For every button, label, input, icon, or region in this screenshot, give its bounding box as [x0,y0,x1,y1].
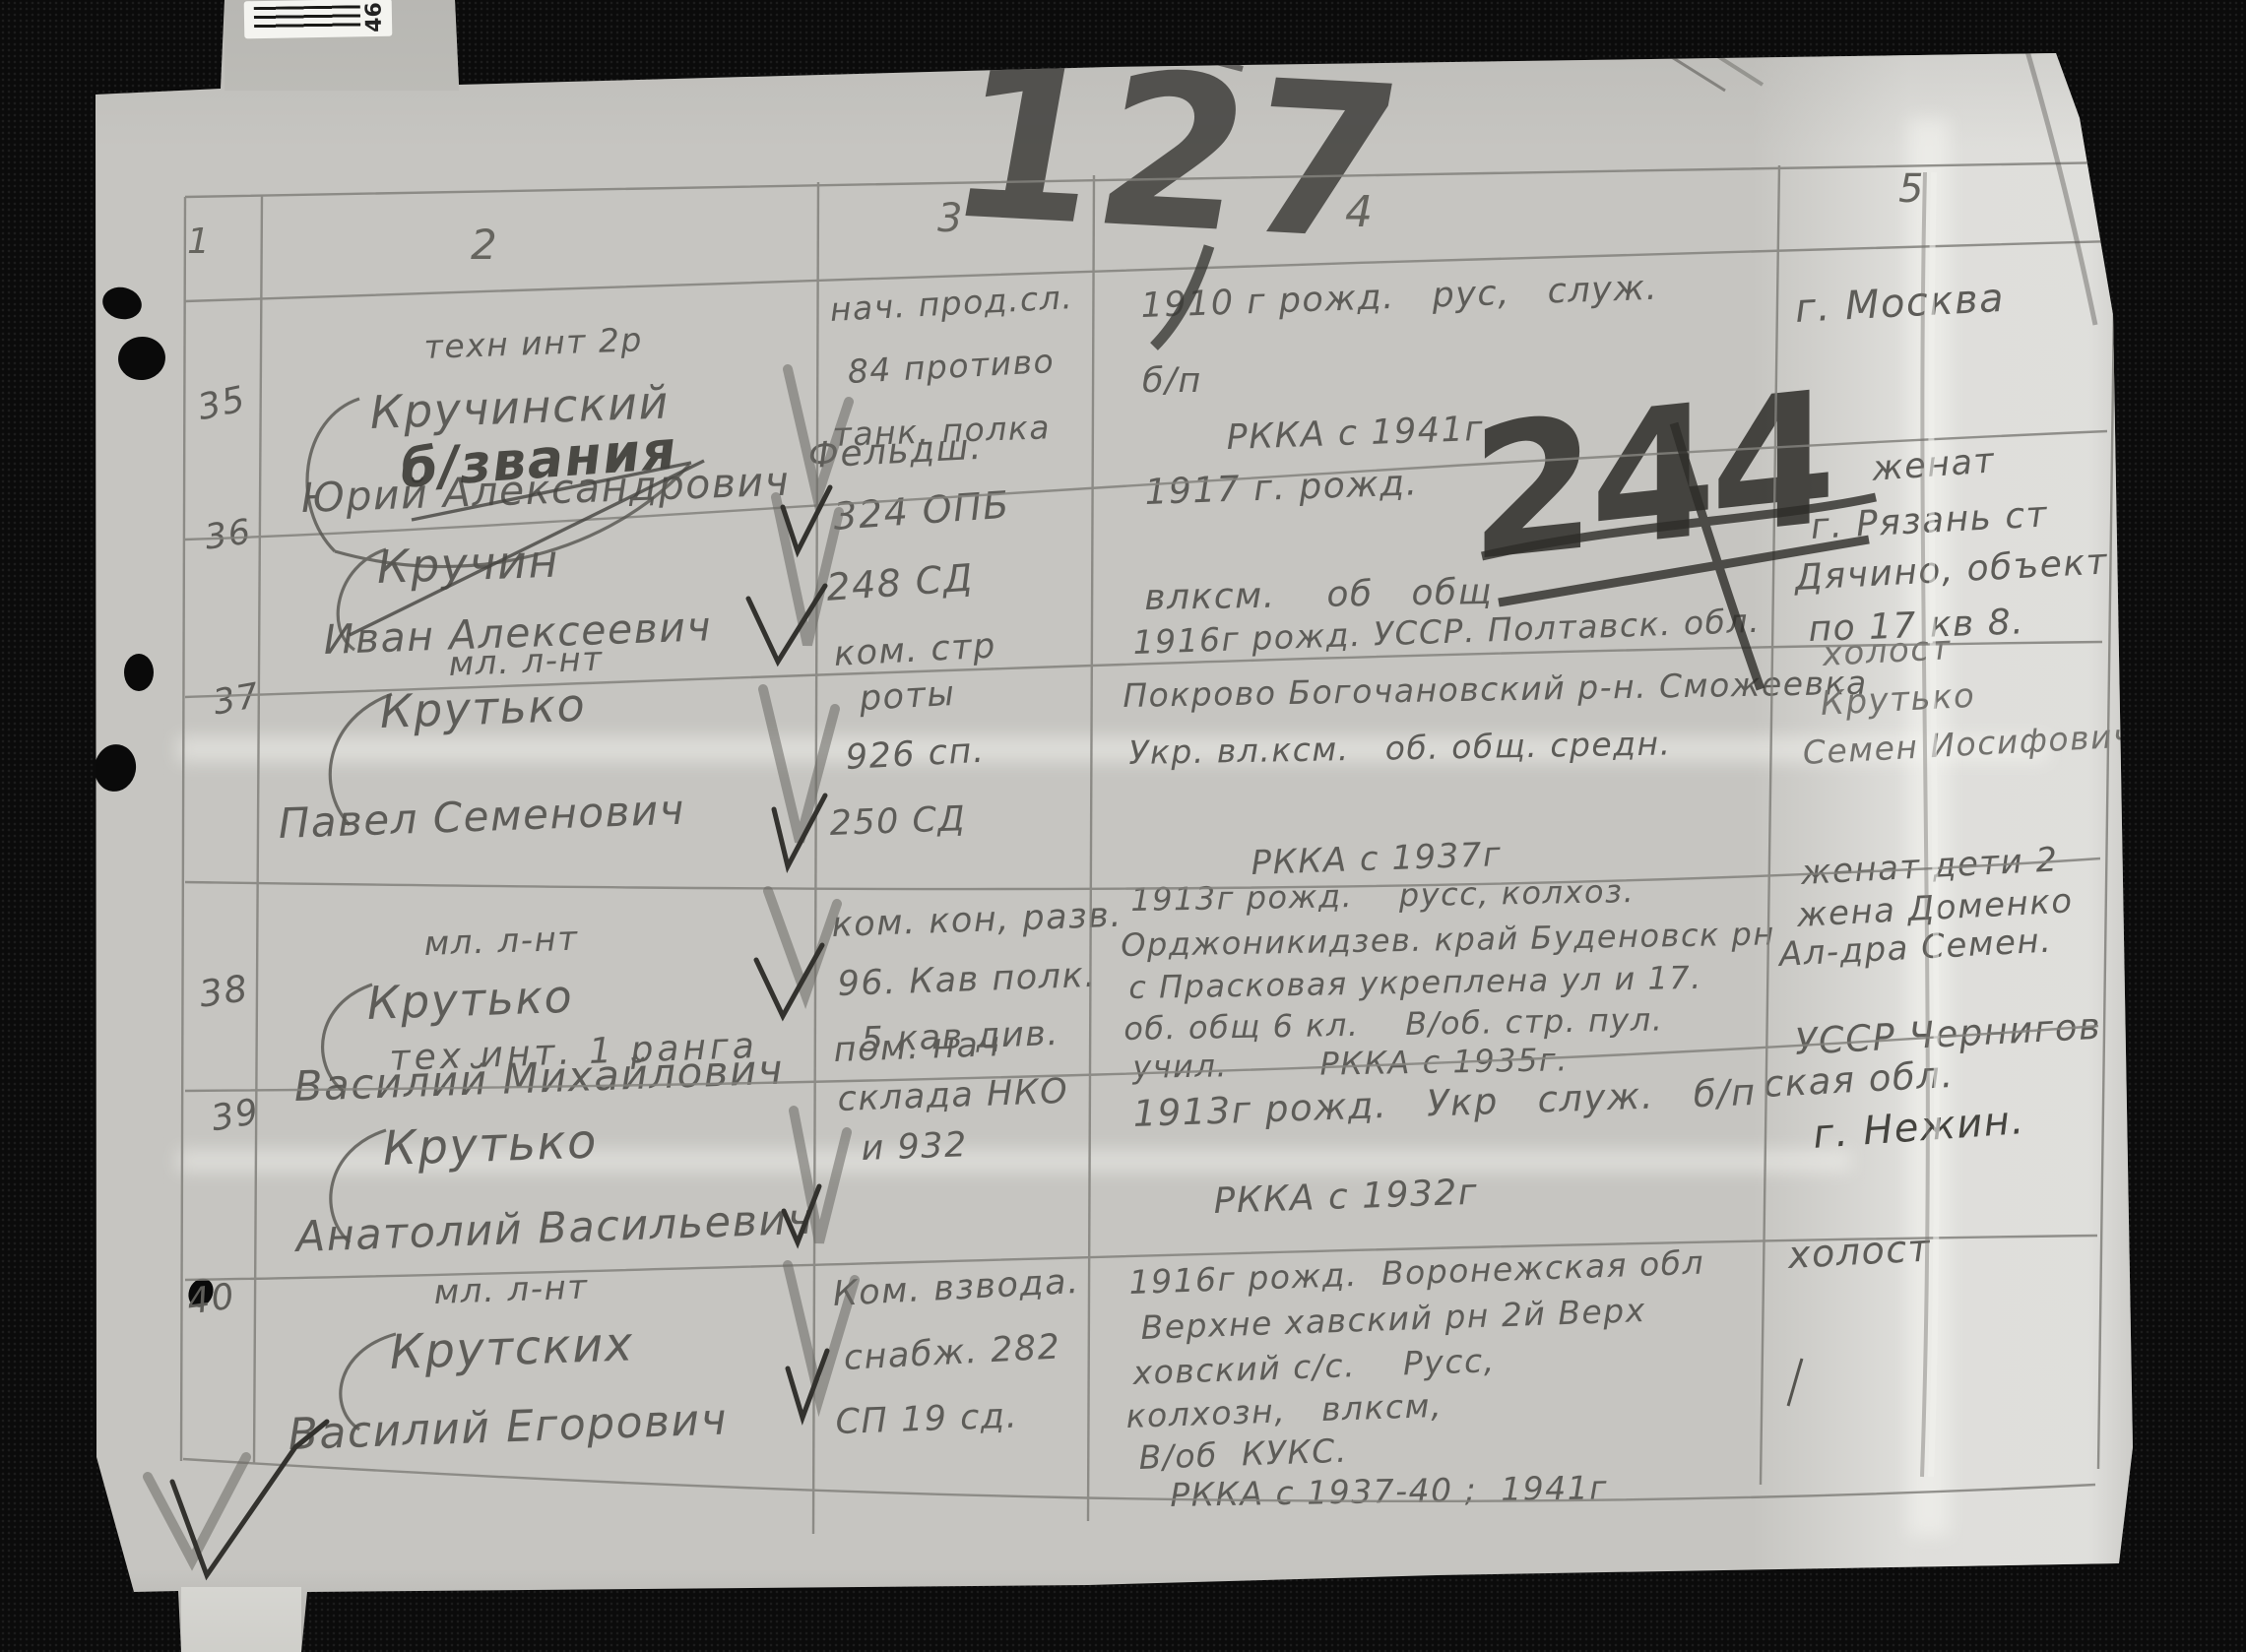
surname: Крутько [379,682,587,734]
position-line: Фельдш. [807,430,984,475]
column-header: 5 [1898,169,1923,209]
residence-line: г. Рязань ст [1810,497,2049,545]
residence-line: женат дети 2 [1800,843,2059,890]
column-header: 1 [187,224,210,260]
residence-line: УССР Чернигов [1794,1008,2102,1060]
details-line: с Прасковая укреплена ул и 17. [1128,962,1702,1003]
surname: Крутских [389,1320,634,1376]
position-line: 324 ОПБ [832,485,1011,535]
position-line: пом. нач [833,1028,1001,1068]
rank: мл. л-нт [448,643,604,681]
surname: Кручин [376,539,560,590]
row-number: 37 [211,679,263,722]
position-line: СП 19 сд. [835,1400,1019,1440]
surname: Крутько [382,1117,599,1173]
barcode-digits: 46 [362,2,388,32]
horizontal-crease [177,736,2048,762]
details-line: 1917 г. рожд. [1144,466,1419,511]
page-number-annotation: 127 [935,36,1414,270]
position-line: ком. стр [833,629,997,672]
row-number: 40 [185,1279,237,1320]
details-line: 1913г рожд. русс, колхоз. [1130,875,1635,916]
column-header: 4 [1345,191,1373,234]
stray-pencil-mark [1788,1359,1802,1406]
rkka-service-note: РККА с 1932г [1213,1175,1479,1220]
details-line: 1916г рожд. Воронежская обл [1128,1246,1705,1299]
residence-line: ская обл. [1763,1056,1955,1103]
position-line: роты [859,677,956,717]
bottom-tab [181,1587,301,1652]
details-line: влксм. об общ [1144,575,1493,616]
given-names: Анатолий Васильевич [295,1199,814,1259]
surname: Крутько [366,974,574,1026]
details-line: учил. РККА с 1935г. [1132,1044,1569,1083]
hole-punch [115,334,168,384]
position-line: 250 СД [829,802,967,842]
row-number: 36 [203,515,254,555]
rank: мл. л-нт [433,1271,589,1309]
details-line: Укр. вл.ксм. об. общ. средн. [1128,727,1672,769]
position-line: 96. Кав полк. [837,959,1097,1002]
details-line: В/об КУКС. [1138,1434,1348,1474]
position-line: Ком. взвода. [832,1265,1080,1312]
position-line: 248 СД [825,559,975,606]
details-line: б/п [1142,364,1202,399]
barcode-label: 46 [244,0,393,38]
vertical-fold-highlight [1908,118,1950,1536]
rank: мл. л-нт [423,922,579,961]
rank: техн инт 2р [423,323,643,363]
rkka-service-note: РККА с 1937г [1251,838,1503,880]
rkka-service-note: РККА с 1937-40 ; 1941г [1170,1471,1608,1511]
scanned-register-page: 46 127 244 1 2 3 4 5 35 техн инт 2р Круч… [0,0,2246,1652]
barcode-icon [254,5,360,32]
column-header: 2 [471,224,497,266]
hole-punch [91,741,140,795]
position-line: 84 противо [847,345,1056,388]
hole-punch [124,654,154,691]
rkka-service-note: РККА с 1941г [1226,413,1485,456]
details-line: Орджоникидзев. край Буденовск рн [1121,918,1775,961]
position-line: склада НКО [837,1075,1069,1117]
residence-line: г. Москва [1794,279,2006,329]
details-line: Верхне хавский рн 2й Верх [1140,1294,1646,1344]
details-line: ховский с/с. Русс, [1132,1344,1496,1389]
paper-sheet: 46 127 244 1 2 3 4 5 35 техн инт 2р Круч… [0,0,2246,1652]
position-line: ком. кон, разв. [831,899,1123,943]
residence-line: холост [1787,1229,1932,1274]
details-line: Покрово Богочановский р-н. Сможеевка [1123,667,1868,712]
residence-line: женат [1871,444,1996,487]
details-line: колхозн, влксм, [1125,1389,1443,1432]
row-number: 39 [209,1095,262,1138]
position-line: и 932 [861,1128,968,1167]
crossed-out-scribble: 244 [1470,366,1830,588]
column-header: 3 [937,199,962,238]
row-number: 35 [195,382,249,426]
given-names: Павел Семенович [278,790,686,845]
details-line: 1910 г рожд. рус, служ. [1140,272,1659,324]
hole-punch [99,284,146,324]
residence-line: г. Нежин. [1812,1101,2026,1155]
position-line: нач. прод.сл. [829,281,1074,326]
given-names: Василий Егорович [288,1398,729,1457]
position-line: снабж. 282 [843,1330,1061,1376]
residence-line: Крутько [1820,679,1976,721]
residence-line: Семен Иосифович [1802,719,2135,769]
row-number: 38 [197,970,251,1013]
residence-line: Дячино, объект [1794,544,2109,597]
position-line: 926 сп. [845,734,986,776]
details-line: об. общ 6 кл. В/об. стр. пул. [1123,1003,1664,1045]
residence-line: холост [1822,631,1953,671]
